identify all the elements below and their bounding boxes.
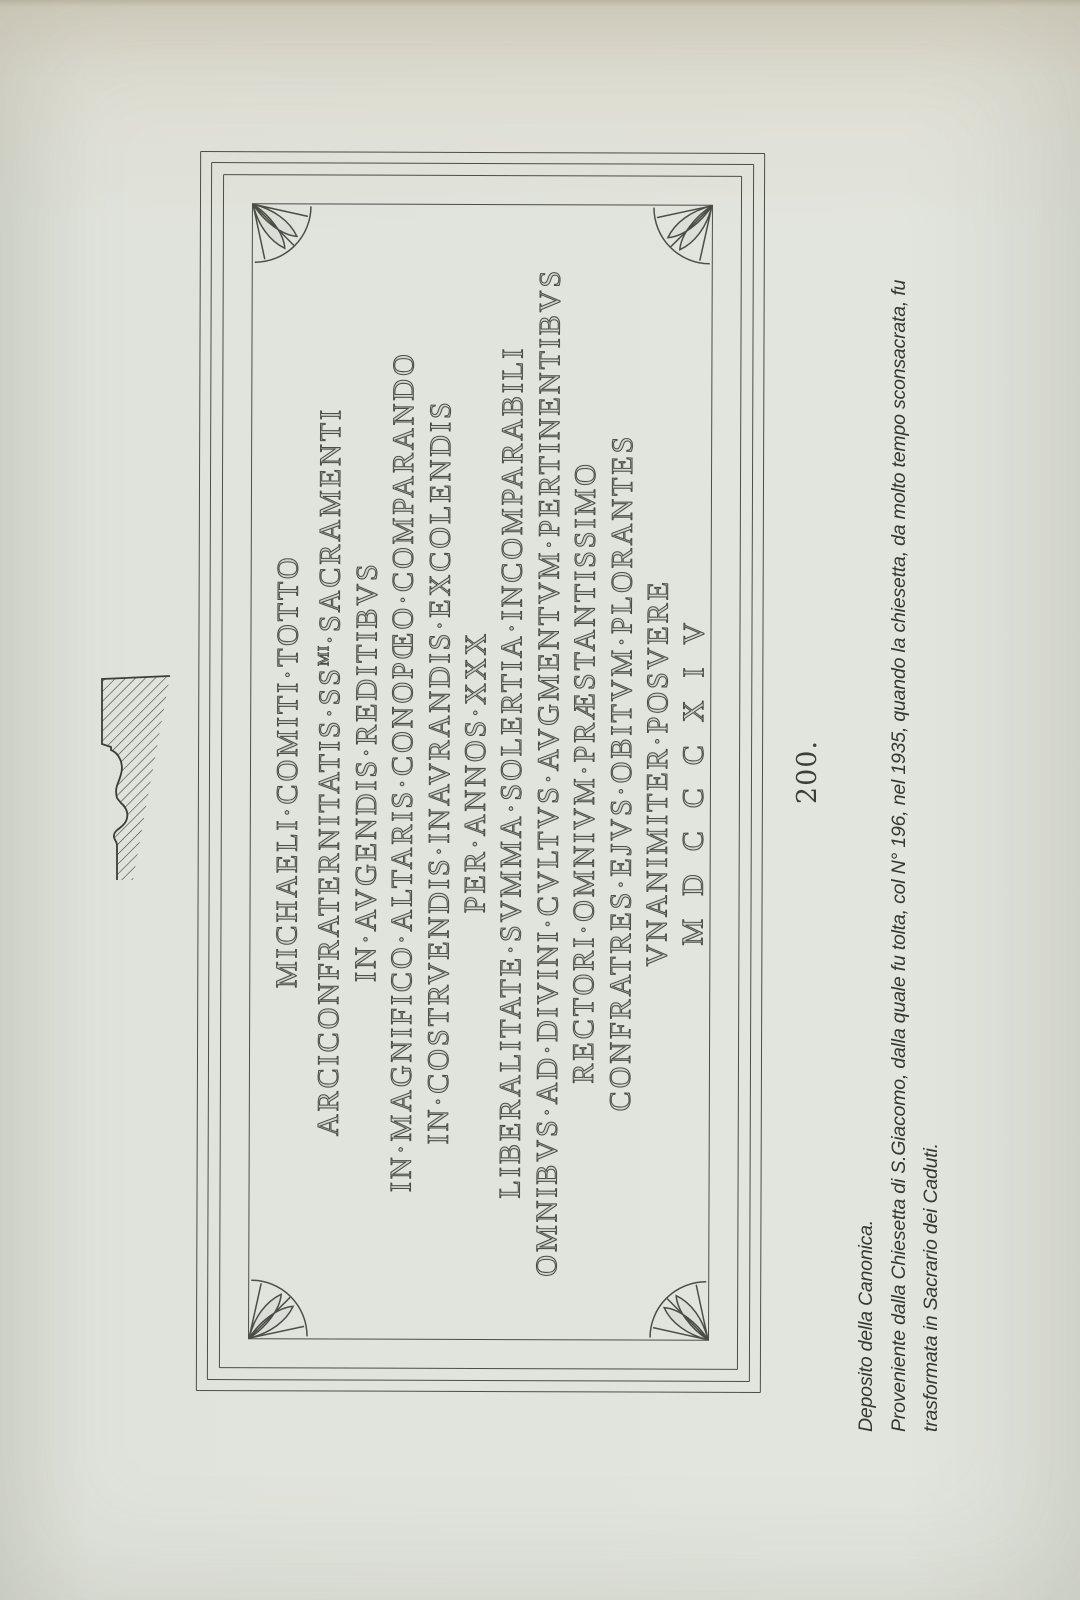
scanned-page: MICHAELI·COMITI·TOTTOARCICONFRATERNITATI… xyxy=(0,0,1080,1600)
inscription-line: MDCCCXIV xyxy=(675,223,715,1323)
inscription-line: LIBERALITATE·SVMMA·SOLERTIA·INCOMPARABIL… xyxy=(493,222,533,1322)
molding-profile-drawing xyxy=(86,648,178,888)
figure-number: 200. xyxy=(792,152,823,1392)
caption-line: Deposito della Canonica. xyxy=(850,280,883,1432)
inscription-line: RECTORI·OMNIVM·PRÆSTANTISSIMO xyxy=(565,222,605,1322)
inscription-text: MICHAELI·COMITI·TOTTOARCICONFRATERNITATI… xyxy=(268,221,715,1323)
inscription-line: IN·COSTRVENDIS·INAVRANDIS·EXCOLENDIS xyxy=(420,222,460,1322)
inscription-line: IN·AVGENDIS·REDITIBVS xyxy=(347,222,387,1322)
caption-line: trasformata in Sacrario dei Caduti. xyxy=(915,280,948,1432)
handwritten-caption: Deposito della Canonica.Proveniente dall… xyxy=(850,280,948,1432)
inscription-line: OMNIBVS·AD·DIVINI·CVLTVS·AVGMENTVM·PERTI… xyxy=(529,222,569,1322)
inscription-line: ARCICONFRATERNITATIS·SSMI·SACRAMENTI xyxy=(304,221,350,1321)
inscription-line: CONFRATRES·EJVS·OBITVM·PLORANTES xyxy=(602,222,642,1322)
caption-line: Proveniente dalla Chiesetta di S.Giacomo… xyxy=(883,280,916,1432)
inscription-line: MICHAELI·COMITI·TOTTO xyxy=(268,221,308,1321)
inscription-line: PER·ANNOS·XXX xyxy=(456,222,496,1322)
inscription-line: VNANIMITER·POSVERE xyxy=(638,223,678,1323)
inscription-line: IN·MAGNIFICO·ALTARIS·CONOPŒO·COMPARANDO xyxy=(383,222,423,1322)
inscription-plaque: MICHAELI·COMITI·TOTTOARCICONFRATERNITATI… xyxy=(196,151,765,1393)
